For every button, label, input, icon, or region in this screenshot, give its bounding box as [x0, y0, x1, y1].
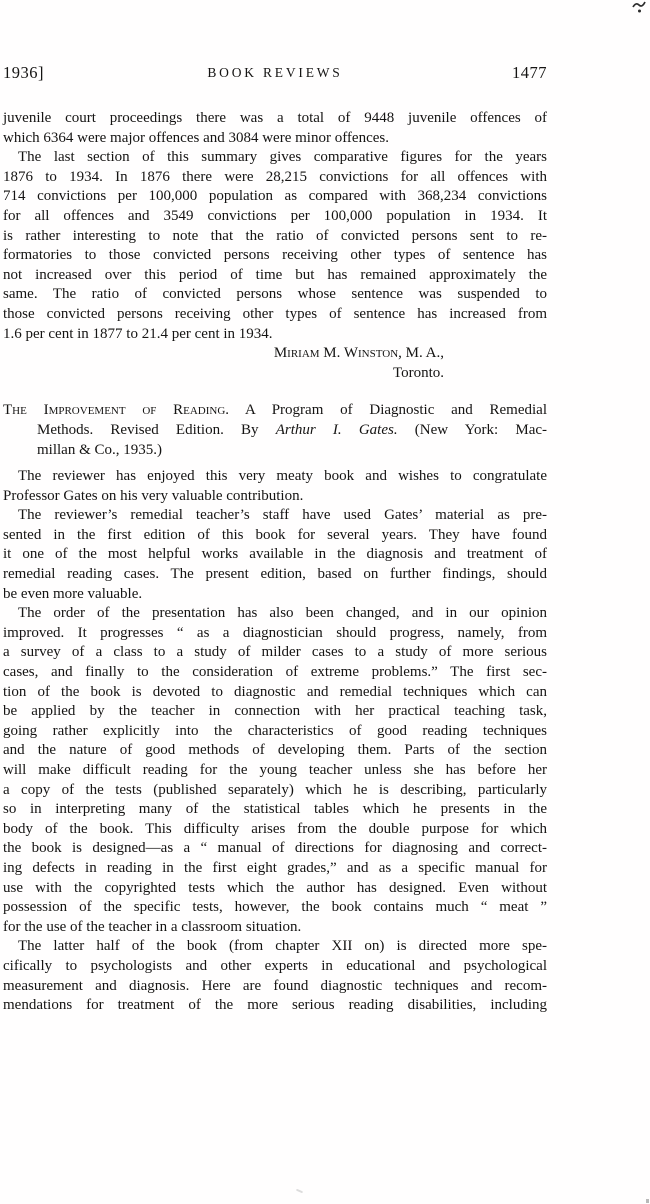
text-line: mendations for treatment of the more ser… — [3, 996, 547, 1016]
paragraph-convictions: The last section of this summary gives c… — [3, 148, 547, 344]
text-line: cases, and finally to the consideration … — [3, 663, 547, 683]
text-line: 1876 to 1934. In 1876 there were 28,215 … — [3, 168, 547, 188]
text-line: formatories to those convicted persons r… — [3, 246, 547, 266]
text-line: a survey of a class to a study of milder… — [3, 643, 547, 663]
header-page-number: 1477 — [512, 63, 547, 83]
text-line: remedial reading cases. The present edit… — [3, 565, 547, 585]
book-citation-heading: The Improvement of Reading. A Program of… — [3, 401, 547, 460]
text-line: 1.6 per cent in 1877 to 21.4 per cent in… — [3, 325, 547, 345]
paragraph-congratulate: The reviewer has enjoyed this very meaty… — [3, 467, 547, 506]
publisher-text: (New York: Mac- — [398, 422, 547, 438]
text-line: for all offences and 3549 convictions pe… — [3, 207, 547, 227]
journal-page: 1936] BOOK REVIEWS 1477 juvenile court p… — [0, 0, 650, 1204]
text-line: body of the book. This difficulty arises… — [3, 820, 547, 840]
text-line: be even more valuable. — [3, 585, 547, 605]
text-line: cifically to psychologists and other exp… — [3, 957, 547, 977]
publisher-text-continued: millan & Co., 1935.) — [37, 442, 162, 458]
text-line: and the nature of good methods of develo… — [3, 741, 547, 761]
edge-scan-speck — [646, 1199, 649, 1203]
text-line: The order of the presentation has also b… — [3, 604, 547, 624]
text-line: same. The ratio of convicted persons who… — [3, 285, 547, 305]
text-line: be applied by the teacher in connection … — [3, 702, 547, 722]
text-line: is rather interesting to note that the r… — [3, 227, 547, 247]
text-line: going rather explicitly into the charact… — [3, 722, 547, 742]
paragraph-continuation: juvenile court proceedings there was a t… — [3, 109, 547, 148]
text-line: which 6364 were major offences and 3084 … — [3, 129, 547, 149]
text-line: The reviewer’s remedial teacher’s staff … — [3, 506, 547, 526]
text-line: 714 convictions per 100,000 population a… — [3, 187, 547, 207]
text-line: for the use of the teacher in a classroo… — [3, 918, 547, 938]
text-line: sented in the first edition of this book… — [3, 526, 547, 546]
faint-scan-speck — [296, 1189, 303, 1194]
ink-speck-icon — [631, 1, 647, 14]
text-line: the book is designed—as a “ manual of di… — [3, 839, 547, 859]
text-line: The reviewer has enjoyed this very meaty… — [3, 467, 547, 487]
text-line: those convicted persons receiving other … — [3, 305, 547, 325]
edition-text: Methods. Revised Edition. By — [37, 422, 276, 438]
book-author: Arthur I. Gates. — [276, 422, 398, 438]
text-line: not increased over this period of time b… — [3, 266, 547, 286]
reviewer-location: Toronto. — [3, 364, 444, 384]
text-line: Professor Gates on his very valuable con… — [3, 487, 547, 507]
text-line: possession of the specific tests, howeve… — [3, 898, 547, 918]
text-line: ing defects in reading in the first eigh… — [3, 859, 547, 879]
reviewer-signature: Miriam M. Winston, M. A., Toronto. — [3, 344, 547, 383]
paragraph-order-of-presentation: The order of the presentation has also b… — [3, 604, 547, 937]
citation-line: millan & Co., 1935.) — [3, 441, 547, 461]
text-line: improved. It progresses “ as a diagnosti… — [3, 624, 547, 644]
paragraph-latter-half: The latter half of the book (from chapte… — [3, 937, 547, 1015]
citation-line: The Improvement of Reading. A Program of… — [3, 401, 547, 421]
text-line: The latter half of the book (from chapte… — [3, 937, 547, 957]
text-line: juvenile court proceedings there was a t… — [3, 109, 547, 129]
text-line: so in interpreting many of the statistic… — [3, 800, 547, 820]
reviewer-name: Miriam M. Winston, M. A., — [3, 344, 444, 364]
book-subtitle: A Program of Diagnostic and Remedial — [229, 402, 547, 418]
text-line: use with the copyrighted tests which the… — [3, 879, 547, 899]
text-line: will make difficult reading for the youn… — [3, 761, 547, 781]
citation-line: Methods. Revised Edition. By Arthur I. G… — [3, 421, 547, 441]
text-line: a copy of the tests (published separatel… — [3, 781, 547, 801]
page-header: 1936] BOOK REVIEWS 1477 — [3, 63, 547, 83]
text-line: The last section of this summary gives c… — [3, 148, 547, 168]
text-line: tion of the book is devoted to diagnosti… — [3, 683, 547, 703]
text-column: 1936] BOOK REVIEWS 1477 juvenile court p… — [3, 0, 547, 1016]
text-line: measurement and diagnosis. Here are foun… — [3, 977, 547, 997]
header-section-title: BOOK REVIEWS — [3, 65, 547, 81]
text-line: it one of the most helpful works availab… — [3, 545, 547, 565]
book-title: The Improvement of Reading. — [3, 402, 229, 418]
paragraph-first-edition: The reviewer’s remedial teacher’s staff … — [3, 506, 547, 604]
